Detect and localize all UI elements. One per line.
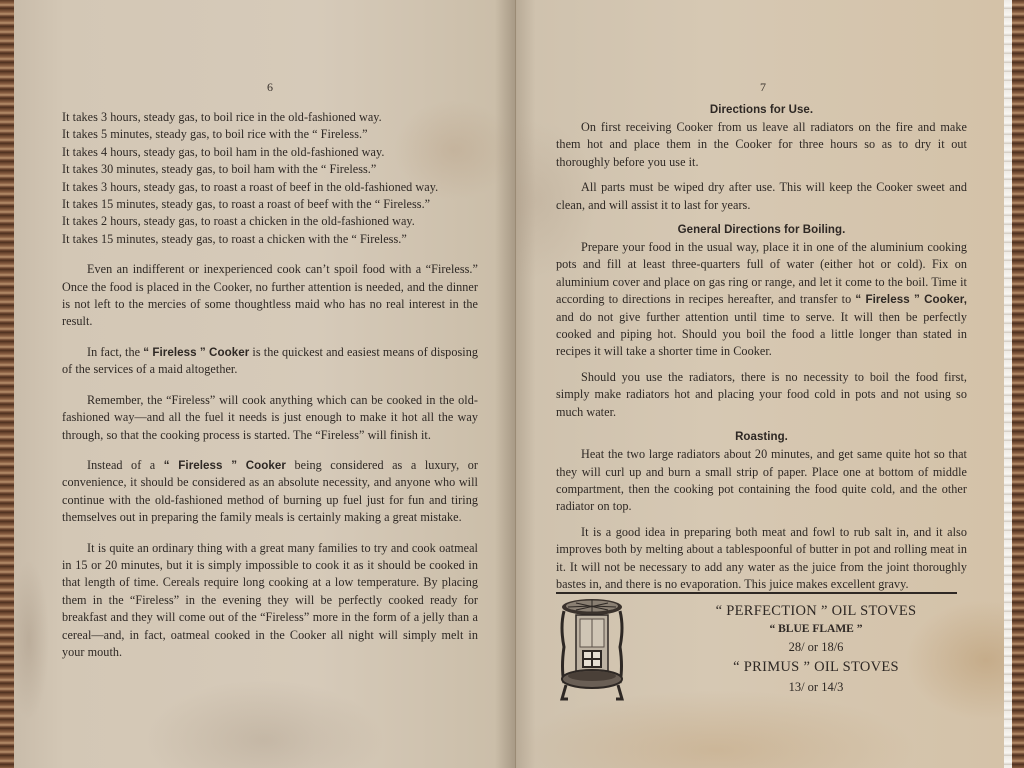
paragraph-radiators: Should you use the radiators, there is n… [556,369,967,421]
advertisement-divider [556,592,957,594]
comparison-line: It takes 15 minutes, steady gas, to roas… [62,231,478,248]
comparison-line: It takes 3 hours, steady gas, to roast a… [62,179,478,196]
oil-stoves-advertisement: “ PERFECTION ” OIL STOVES “ BLUE FLAME ”… [656,601,976,697]
right-page-body: Directions for Use. On first receiving C… [556,102,967,593]
page-number: 7 [760,80,766,95]
paragraph-indifferent-cook: Even an indifferent or inexperienced coo… [62,261,478,331]
brand-name: “ Fireless ” Cooker [164,459,286,472]
paragraph-remember: Remember, the “Fireless” will cook anyth… [62,392,478,444]
section-heading-roasting: Roasting. [556,429,967,446]
comparison-line: It takes 15 minutes, steady gas, to roas… [62,196,478,213]
comparison-line: It takes 4 hours, steady gas, to boil ha… [62,144,478,161]
comparison-line: It takes 3 hours, steady gas, to boil ri… [62,109,478,126]
comparison-line: It takes 2 hours, steady gas, to roast a… [62,213,478,230]
paragraph-necessity: Instead of a “ Fireless ” Cooker being c… [62,457,478,527]
section-heading-directions: Directions for Use. [556,102,967,119]
ad-primus-price: 13/ or 14/3 [656,677,976,697]
paragraph-wipe-dry: All parts must be wiped dry after use. T… [556,179,967,214]
left-page-body: It takes 3 hours, steady gas, to boil ri… [62,109,478,661]
brand-name: “ Fireless ” Cooker, [855,293,967,306]
brand-name: “ Fireless ” Cooker [143,346,249,359]
ad-primus-title: “ PRIMUS ” OIL STOVES [656,657,976,677]
ad-perfection-title: “ PERFECTION ” OIL STOVES [656,601,976,621]
ad-blue-flame: “ BLUE FLAME ” [656,621,976,637]
paragraph-prepare-food: Prepare your food in the usual way, plac… [556,239,967,361]
paragraph-oatmeal: It is quite an ordinary thing with a gre… [62,540,478,662]
oil-stove-illustration-icon [556,597,628,703]
paragraph-salt-butter: It is a good idea in preparing both meat… [556,524,967,594]
ad-perfection-price: 28/ or 18/6 [656,637,976,657]
paragraph-first-receiving: On first receiving Cooker from us leave … [556,119,967,171]
comparison-line: It takes 5 minutes, steady gas, to boil … [62,126,478,143]
section-heading-boiling: General Directions for Boiling. [556,222,967,239]
left-page: 6 It takes 3 hours, steady gas, to boil … [14,0,516,768]
right-page: 7 Directions for Use. On first receiving… [516,0,1006,768]
comparison-line: It takes 30 minutes, steady gas, to boil… [62,161,478,178]
comparison-list: It takes 3 hours, steady gas, to boil ri… [62,109,478,248]
page-number: 6 [267,80,273,95]
paragraph-heat-radiators: Heat the two large radiators about 20 mi… [556,446,967,516]
paragraph-quickest-means: In fact, the “ Fireless ” Cooker is the … [62,344,478,379]
